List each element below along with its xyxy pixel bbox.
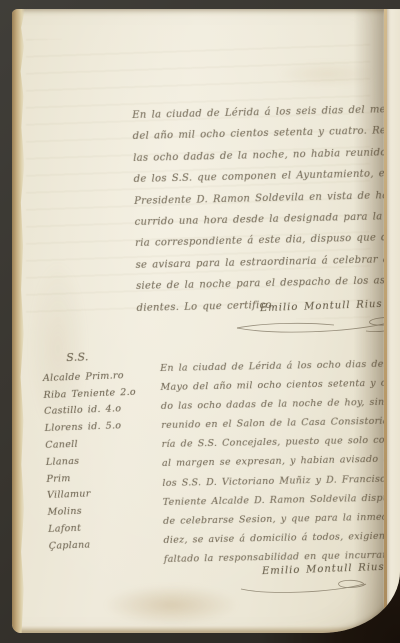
attendee-name: Çaplana [49, 535, 164, 556]
page-bottom-edge [12, 626, 400, 633]
manuscript-page: En la ciudad de Lérida á los seis dias d… [12, 9, 400, 633]
attendees-header: S.S. [66, 347, 157, 367]
paper-stain [104, 585, 239, 625]
page-fold-shadow [354, 9, 384, 633]
attendees-margin-list: S.S. Alcalde Prim.roRiba Teniente 2.oCas… [42, 347, 163, 555]
deckle-left-edge [12, 9, 25, 633]
manuscript-photo: En la ciudad de Lérida á los seis dias d… [0, 0, 400, 643]
underlying-page-edge [387, 9, 400, 633]
attendees-names: Alcalde Prim.roRiba Teniente 2.oCastillo… [43, 367, 163, 556]
